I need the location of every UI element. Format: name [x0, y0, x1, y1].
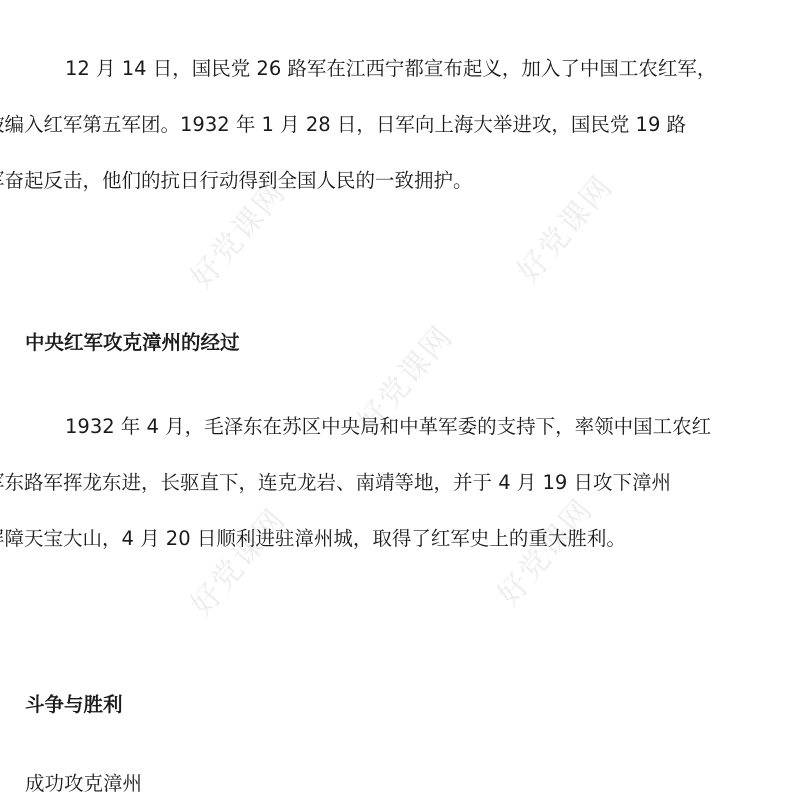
- section-heading: 中央红军攻克漳州的经过: [25, 329, 240, 357]
- paragraph-line: 被编入红军第五军团。1932 年 1 月 28 日，日军向上海大举进攻，国民党 …: [0, 113, 686, 136]
- section-heading: 斗争与胜利: [25, 691, 123, 719]
- paragraph-2: 1932 年 4 月，毛泽东在苏区中央局和中革军委的支持下，率领中国工农红 军东…: [25, 399, 785, 566]
- paragraph-line: 1932 年 4 月，毛泽东在苏区中央局和中革军委的支持下，率领中国工农红: [65, 415, 711, 438]
- paragraph-line: 军东路军挥龙东进，长驱直下，连克龙岩、南靖等地，并于 4 月 19 日攻下漳州: [0, 471, 671, 494]
- paragraph-line: 12 月 14 日，国民党 26 路军在江西宁都宣布起义，加入了中国工农红军，: [65, 57, 716, 80]
- paragraph-1: 12 月 14 日，国民党 26 路军在江西宁都宣布起义，加入了中国工农红军， …: [25, 41, 785, 208]
- subsection-heading: 成功攻克漳州: [25, 770, 142, 798]
- document-page: 好党课网 好党课网 好党课网 好党课网 好党课网 12 月 14 日，国民党 2…: [0, 0, 800, 800]
- paragraph-line: 军奋起反击，他们的抗日行动得到全国人民的一致拥护。: [0, 169, 473, 192]
- paragraph-line: 屏障天宝大山，4 月 20 日顺利进驻漳州城，取得了红军史上的重大胜利。: [0, 527, 626, 550]
